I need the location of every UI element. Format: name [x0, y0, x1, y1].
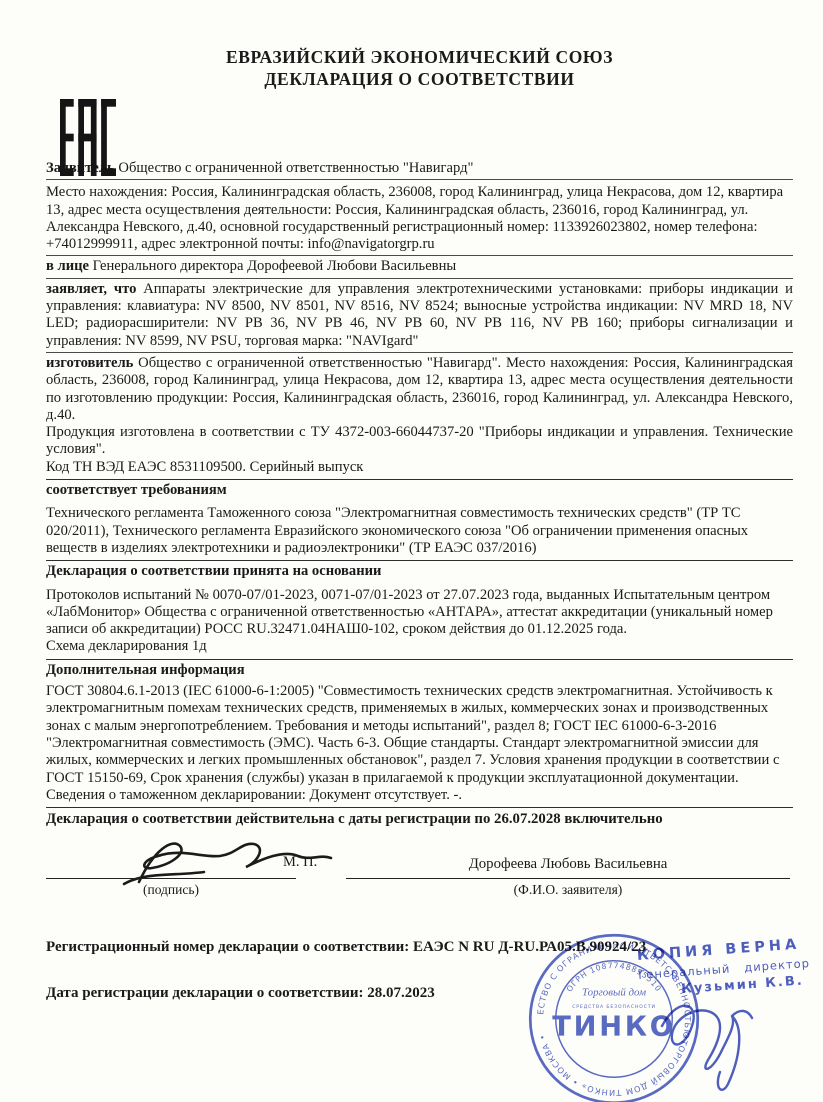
manufacturer-label: изготовитель [46, 355, 133, 371]
round-stamp-center-main: ТИНКО [552, 1011, 675, 1042]
applicant-fio: Дорофеева Любовь Васильевна [346, 856, 790, 873]
in-person-label: в лице [46, 258, 89, 274]
in-person-text: Генерального директора Дорофеевой Любови… [93, 258, 457, 274]
declaration-page: ЕВРАЗИЙСКИЙ ЭКОНОМИЧЕСКИЙ СОЮЗ ДЕКЛАРАЦИ… [0, 0, 823, 1102]
in-person-line: в лице Генерального директора Дорофеевой… [46, 258, 793, 278]
additional-text: ГОСТ 30804.6.1-2013 (IEC 61000-6-1:2005)… [46, 683, 793, 787]
signature-caption: (подпись) [46, 882, 296, 898]
registration-number-label: Регистрационный номер декларации о соотв… [46, 939, 409, 955]
registration-date-label: Дата регистрации декларации о соответств… [46, 985, 364, 1001]
made-according-line: Продукция изготовлена в соответствии с Т… [46, 424, 793, 459]
seal-place-label: М. П. [283, 854, 317, 871]
product-description: Аппараты электрические для управления эл… [46, 281, 793, 349]
registration-date-value: 28.07.2023 [367, 985, 435, 1001]
meets-heading: соответствует требованиям [46, 482, 793, 499]
validity-line: Декларация о соответствии действительна … [46, 811, 793, 828]
signature-block: (подпись) М. П. Дорофеева Любовь Василье… [46, 838, 793, 938]
union-title: ЕВРАЗИЙСКИЙ ЭКОНОМИЧЕСКИЙ СОЮЗ [46, 46, 793, 68]
registration-date-line: Дата регистрации декларации о соответств… [46, 984, 793, 1003]
fio-caption: (Ф.И.О. заявителя) [346, 882, 790, 898]
manufacturer-line: изготовитель Общество с ограниченной отв… [46, 355, 793, 424]
round-stamp-outer-bottom-text: «ТОРГОВЫЙ ДОМ ТИНКО» • МОСКВА • [537, 1033, 692, 1098]
registration-number-line: Регистрационный номер декларации о соотв… [46, 938, 793, 957]
basis-text: Протоколов испытаний № 0070-07/01-2023, … [46, 587, 793, 639]
basis-heading: Декларация о соответствии принята на осн… [46, 563, 793, 580]
registration-number-value: ЕАЭС N RU Д-RU.РА05.В.90924/23 [413, 939, 646, 955]
signature-line [46, 878, 296, 879]
declares-label: заявляет, что [46, 281, 136, 297]
additional-heading: Дополнительная информация [46, 662, 793, 679]
manufacturer-text: Общество с ограниченной ответственностью… [46, 355, 793, 423]
round-stamp-center-tiny: СРЕДСТВА БЕЗОПАСНОСТИ [572, 1004, 656, 1010]
document-title: ДЕКЛАРАЦИЯ О СООТВЕТСТВИИ [46, 68, 793, 90]
document-body: ЕВРАЗИЙСКИЙ ЭКОНОМИЧЕСКИЙ СОЮЗ ДЕКЛАРАЦИ… [0, 0, 823, 1003]
tn-ved-line: Код ТН ВЭД ЕАЭС 8531109500. Серийный вып… [46, 459, 793, 480]
director-signature [648, 988, 763, 1098]
fio-line [346, 878, 790, 879]
declares-line: заявляет, что Аппараты электрические для… [46, 281, 793, 353]
applicant-address: Место нахождения: Россия, Калининградска… [46, 184, 793, 256]
applicant-name: Общество с ограниченной ответственностью… [118, 160, 473, 176]
eac-mark-icon [60, 99, 116, 181]
regulations-text: Технического регламента Таможенного союз… [46, 505, 793, 561]
svg-text:«ТОРГОВЫЙ ДОМ ТИНКО» • МОСКВА: «ТОРГОВЫЙ ДОМ ТИНКО» • МОСКВА • [537, 1033, 692, 1098]
applicant-line: Заявитель Общество с ограниченной ответс… [46, 160, 793, 180]
customs-line: Сведения о таможенном декларировании: До… [46, 787, 793, 808]
scheme-line: Схема декларирования 1д [46, 638, 793, 659]
